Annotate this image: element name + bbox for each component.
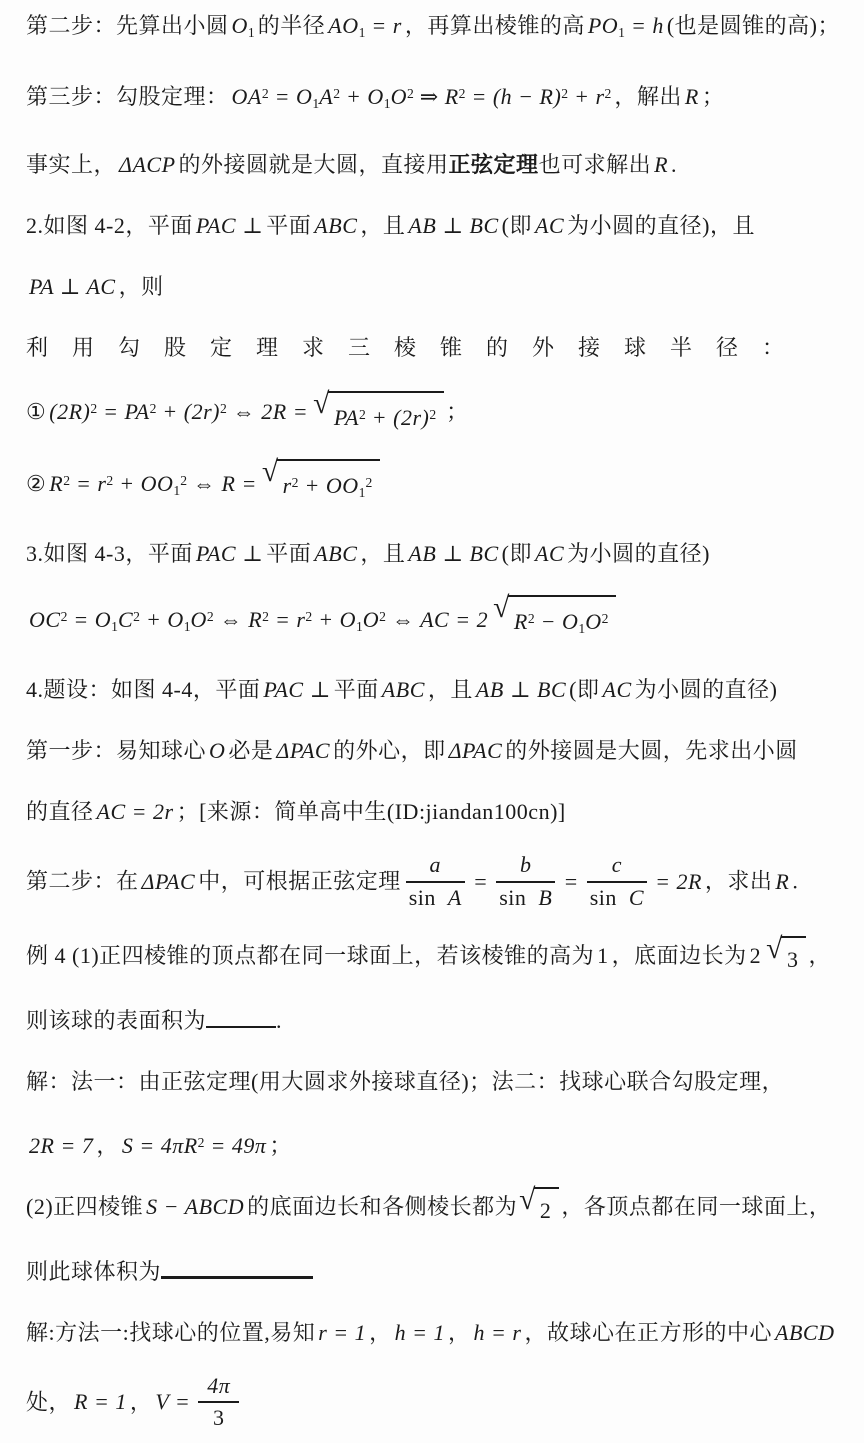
text-run: ，且 bbox=[360, 541, 405, 566]
volume-blank-line: 则此球体积为 bbox=[26, 1252, 840, 1292]
subscript: 1 bbox=[312, 96, 319, 111]
superscript: 2 bbox=[305, 609, 312, 624]
superscript: 2 bbox=[359, 407, 366, 422]
formula-circle2-line: ②R2 = r2 + OO12 ⇔ R =√r2 + OO12 bbox=[26, 459, 840, 513]
solution-method1-line: 解:方法一:找球心的位置,易知r = 1，h = 1，h = r，故球心在正方形… bbox=[26, 1313, 840, 1353]
text-run: ，求出 bbox=[705, 869, 773, 894]
text-run: ，再算出棱锥的高 bbox=[405, 13, 585, 38]
text-run: ， bbox=[130, 1389, 153, 1414]
math-run: AB ⊥ BC bbox=[405, 541, 501, 566]
sqrt-expression: √R2 − O1O2 bbox=[493, 595, 616, 649]
math-run: = bbox=[560, 869, 581, 894]
superscript: 2 bbox=[150, 401, 157, 416]
math-run: AC = 2r bbox=[94, 799, 177, 824]
text-run: 利用勾股定理求三棱锥的外接球半径： bbox=[26, 335, 808, 360]
justified-heading-line: 利用勾股定理求三棱锥的外接球半径： bbox=[26, 328, 840, 368]
math-run: AO1 = r bbox=[325, 13, 405, 38]
text-run: 第三步：勾股定理： bbox=[26, 84, 229, 109]
superscript: 2 bbox=[63, 473, 70, 488]
math-run: a bbox=[427, 852, 445, 877]
bold-text-run: 正弦定理 bbox=[449, 152, 539, 177]
math-run: ΔPAC bbox=[273, 738, 333, 763]
math-run: B bbox=[535, 885, 555, 910]
step2-sine-rule-line: 第二步：在ΔPAC中，可根据正弦定理asin A=bsin B=csin C= … bbox=[26, 853, 840, 914]
math-run: AC bbox=[532, 541, 567, 566]
superscript: 2 bbox=[180, 473, 187, 488]
radical-sign-icon: √ bbox=[262, 457, 279, 488]
text-run: ； bbox=[269, 1133, 292, 1158]
math-run: 1 bbox=[594, 943, 612, 968]
fraction-numerator: 4π bbox=[198, 1372, 239, 1404]
text-run: 为小圆的直径) bbox=[567, 541, 710, 566]
math-run: ABCD bbox=[772, 1320, 837, 1345]
math-run: R2 − O1O2 bbox=[511, 609, 612, 634]
text-run: 则该球的表面积为 bbox=[26, 1008, 206, 1033]
math-run: AC bbox=[532, 213, 567, 238]
math-run: (2R)2 = PA2 + (2r)2 ⇔ 2R = bbox=[46, 399, 311, 424]
subscript: 1 bbox=[384, 96, 391, 111]
superscript: 2 bbox=[605, 86, 612, 101]
text-run: 的外接圆就是大圆，直接用 bbox=[179, 152, 449, 177]
superscript: 2 bbox=[429, 407, 436, 422]
text-run: ， bbox=[808, 943, 831, 968]
text-run: 平面 bbox=[334, 677, 379, 702]
math-run: 4π bbox=[204, 1373, 233, 1398]
radical-sign-icon: √ bbox=[519, 1185, 536, 1216]
final-volume-line: 处，R = 1，V =4π3 bbox=[26, 1374, 840, 1435]
text-run: 解：法一：由正弦定理(用大圆求外接球直径)；法二：找球心联合勾股定理， bbox=[26, 1069, 784, 1094]
text-run: 解:方法一:找球心的位置,易知 bbox=[26, 1320, 315, 1345]
math-run: PO1 = h bbox=[585, 13, 667, 38]
math-run: 3 bbox=[784, 947, 802, 972]
item2-figure-4-2-line: 2.如图 4-2，平面PAC ⊥平面ABC，且AB ⊥ BC(即AC为小圆的直径… bbox=[26, 206, 840, 246]
math-run: AB ⊥ BC bbox=[405, 213, 501, 238]
text-run: . bbox=[671, 152, 677, 177]
radicand: PA2 + (2r)2 bbox=[328, 391, 444, 438]
text-run: ，底面边长为 bbox=[612, 943, 747, 968]
subscript: 1 bbox=[111, 619, 118, 634]
text-run: 的直径 bbox=[26, 799, 94, 824]
text-run: ，解出 bbox=[614, 84, 682, 109]
superscript: 2 bbox=[198, 1135, 205, 1150]
math-run: ABC bbox=[311, 541, 360, 566]
text-run: 第一步：易知球心 bbox=[26, 738, 206, 763]
text-run: 第二步：在 bbox=[26, 869, 139, 894]
text-run: (即 bbox=[502, 541, 532, 566]
item2-condition-line: PA ⊥ AC，则 bbox=[26, 267, 840, 307]
text-run: ，则 bbox=[119, 274, 164, 299]
math-run: R bbox=[651, 152, 671, 177]
text-run: ，且 bbox=[360, 213, 405, 238]
text-run: 平面 bbox=[266, 541, 311, 566]
subscript: 1 bbox=[359, 25, 366, 40]
superscript: 2 bbox=[90, 401, 97, 416]
radical-sign-icon: √ bbox=[766, 934, 783, 965]
fraction-denominator: sin C bbox=[587, 883, 647, 913]
text-run: ； bbox=[702, 84, 725, 109]
text-run: 例 4 (1)正四棱锥的顶点都在同一球面上，若该棱锥的高为 bbox=[26, 943, 594, 968]
subscript: 1 bbox=[184, 619, 191, 634]
math-run: S − ABCD bbox=[143, 1194, 247, 1219]
fraction-denominator: sin B bbox=[496, 883, 555, 913]
text-run: 第二步：先算出小圆 bbox=[26, 13, 229, 38]
radicand: 2 bbox=[534, 1187, 560, 1231]
subscript: 1 bbox=[578, 621, 585, 636]
math-run: 3 bbox=[210, 1405, 228, 1430]
sqrt-expression: √2 bbox=[519, 1187, 559, 1231]
math-run: = bbox=[470, 869, 491, 894]
document-page: 第二步：先算出小圆O1的半径AO1 = r，再算出棱锥的高PO1 = h(也是圆… bbox=[0, 0, 864, 1443]
sqrt-expression: √3 bbox=[766, 936, 806, 980]
surface-area-blank-line: 则该球的表面积为. bbox=[26, 1001, 840, 1041]
sqrt-expression: √r2 + OO12 bbox=[262, 459, 380, 513]
text-run: 的半径 bbox=[258, 13, 326, 38]
math-run: R bbox=[682, 84, 702, 109]
math-run: sin bbox=[496, 885, 535, 910]
superscript: 2 bbox=[262, 609, 269, 624]
superscript: 2 bbox=[379, 609, 386, 624]
math-run: sin bbox=[406, 885, 445, 910]
math-run: AC bbox=[599, 677, 634, 702]
math-run: r2 + OO12 bbox=[280, 473, 376, 498]
text-run: . bbox=[276, 1008, 282, 1033]
superscript: 2 bbox=[333, 86, 340, 101]
text-run: ② bbox=[26, 471, 46, 496]
math-run: PAC ⊥ bbox=[260, 677, 333, 702]
item3-figure-4-3-line: 3.如图 4-3，平面PAC ⊥平面ABC，且AB ⊥ BC(即AC为小圆的直径… bbox=[26, 534, 840, 574]
text-run: (也是圆锥的高)； bbox=[667, 13, 840, 38]
text-run: 中，可根据正弦定理 bbox=[198, 869, 401, 894]
math-run: R bbox=[772, 869, 792, 894]
math-run: ABC bbox=[379, 677, 428, 702]
math-run: S = 4πR2 = 49π bbox=[119, 1133, 270, 1158]
radicand: r2 + OO12 bbox=[277, 459, 381, 513]
document-body: 第二步：先算出小圆O1的半径AO1 = r，再算出棱锥的高PO1 = h(也是圆… bbox=[26, 6, 840, 1435]
text-run: ，且 bbox=[428, 677, 473, 702]
fraction-denominator: sin A bbox=[406, 883, 465, 913]
text-run: 的外心，即 bbox=[333, 738, 446, 763]
step2-small-circle-line: 第二步：先算出小圆O1的半径AO1 = r，再算出棱锥的高PO1 = h(也是圆… bbox=[26, 6, 840, 53]
subscript: 1 bbox=[248, 25, 255, 40]
radicand: 3 bbox=[781, 936, 807, 980]
superscript: 2 bbox=[602, 611, 609, 626]
text-run: 的底面边长和各侧棱长都为 bbox=[247, 1194, 517, 1219]
text-run: . bbox=[792, 869, 798, 894]
math-run: PA ⊥ AC bbox=[26, 274, 119, 299]
math-run: A bbox=[445, 885, 465, 910]
subscript: 1 bbox=[356, 619, 363, 634]
text-run: 平面 bbox=[266, 213, 311, 238]
superscript: 2 bbox=[262, 86, 269, 101]
math-run: b bbox=[517, 852, 535, 877]
math-run: OA2 = O1A2 + O1O2 ⇒ R2 = (h − R)2 + r2 bbox=[229, 84, 615, 109]
example4-part2-line: (2)正四棱锥S − ABCD的底面边长和各侧棱长都为√2，各顶点都在同一球面上… bbox=[26, 1187, 840, 1231]
math-run: C bbox=[626, 885, 647, 910]
math-run: PA2 + (2r)2 bbox=[331, 405, 439, 430]
fraction-denominator: 3 bbox=[198, 1403, 239, 1433]
math-run: ΔPAC bbox=[139, 869, 199, 894]
text-run: ，各顶点都在同一球面上， bbox=[561, 1194, 831, 1219]
math-run: 2R = 7 bbox=[26, 1133, 96, 1158]
superscript: 2 bbox=[528, 611, 535, 626]
text-run: 必是 bbox=[228, 738, 273, 763]
fraction: asin A bbox=[406, 851, 465, 912]
math-run: c bbox=[609, 852, 625, 877]
radicand: R2 − O1O2 bbox=[508, 595, 617, 649]
text-run: ① bbox=[26, 399, 46, 424]
math-run: 2 bbox=[747, 943, 765, 968]
radical-sign-icon: √ bbox=[313, 389, 330, 420]
superscript: 2 bbox=[220, 401, 227, 416]
example4-part1-line: 例 4 (1)正四棱锥的顶点都在同一球面上，若该棱锥的高为1，底面边长为2√3， bbox=[26, 936, 840, 980]
radical-sign-icon: √ bbox=[493, 593, 510, 624]
formula-oc-line: OC2 = O1C2 + O1O2 ⇔ R2 = r2 + O1O2 ⇔ AC … bbox=[26, 595, 840, 649]
math-run: sin bbox=[587, 885, 626, 910]
text-run: 4.题设：如图 4-4，平面 bbox=[26, 677, 260, 702]
math-run: AB ⊥ BC bbox=[473, 677, 569, 702]
math-run: R = 1 bbox=[71, 1389, 130, 1414]
math-run: O bbox=[206, 738, 228, 763]
step3-pythagoras-line: 第三步：勾股定理：OA2 = O1A2 + O1O2 ⇒ R2 = (h − R… bbox=[26, 74, 840, 124]
superscript: 2 bbox=[106, 473, 113, 488]
math-run: ΔACP bbox=[116, 152, 179, 177]
answer-blank bbox=[206, 1002, 276, 1027]
text-run: ；[来源：简单高中生(ID:jiandan100cn)] bbox=[177, 799, 566, 824]
text-run: (即 bbox=[502, 213, 532, 238]
math-run: = 2R bbox=[652, 869, 705, 894]
text-run: 为小圆的直径) bbox=[635, 677, 778, 702]
fraction-numerator: a bbox=[406, 851, 465, 883]
fraction-numerator: c bbox=[587, 851, 647, 883]
superscript: 2 bbox=[561, 86, 568, 101]
math-run: h = r bbox=[471, 1320, 525, 1345]
text-run: ，故球心在正方形的中心 bbox=[524, 1320, 772, 1345]
text-run: ， bbox=[369, 1320, 392, 1345]
math-run: h = 1 bbox=[392, 1320, 448, 1345]
fact-sine-rule-line: 事实上，ΔACP的外接圆就是大圆，直接用正弦定理也可求解出R. bbox=[26, 145, 840, 185]
diameter-source-line: 的直径AC = 2r；[来源：简单高中生(ID:jiandan100cn)] bbox=[26, 792, 840, 832]
text-run: 也可求解出 bbox=[539, 152, 652, 177]
text-run: ， bbox=[448, 1320, 471, 1345]
math-run: PAC ⊥ bbox=[193, 213, 266, 238]
text-run: 为小圆的直径)，且 bbox=[567, 213, 755, 238]
fraction: bsin B bbox=[496, 851, 555, 912]
answer-blank bbox=[161, 1253, 313, 1279]
math-run: r = 1 bbox=[315, 1320, 369, 1345]
superscript: 2 bbox=[407, 86, 414, 101]
text-run: (即 bbox=[569, 677, 599, 702]
text-run: 3.如图 4-3，平面 bbox=[26, 541, 193, 566]
result-49pi-line: 2R = 7，S = 4πR2 = 49π； bbox=[26, 1123, 840, 1166]
math-run: ABC bbox=[311, 213, 360, 238]
superscript: 2 bbox=[459, 86, 466, 101]
text-run: 事实上， bbox=[26, 152, 116, 177]
superscript: 2 bbox=[133, 609, 140, 624]
math-run: V = bbox=[152, 1389, 193, 1414]
superscript: 2 bbox=[61, 609, 68, 624]
superscript: 2 bbox=[292, 475, 299, 490]
text-run: 处， bbox=[26, 1389, 71, 1414]
sqrt-expression: √PA2 + (2r)2 bbox=[313, 391, 444, 438]
solution-methods-line: 解：法一：由正弦定理(用大圆求外接球直径)；法二：找球心联合勾股定理， bbox=[26, 1062, 840, 1102]
math-run: O1 bbox=[229, 13, 258, 38]
fraction: csin C bbox=[587, 851, 647, 912]
text-run: (2)正四棱锥 bbox=[26, 1194, 143, 1219]
text-run: 2.如图 4-2，平面 bbox=[26, 213, 193, 238]
superscript: 2 bbox=[207, 609, 214, 624]
text-run: ； bbox=[446, 399, 469, 424]
math-run: 2 bbox=[537, 1198, 555, 1223]
text-run: 则此球体积为 bbox=[26, 1259, 161, 1284]
subscript: 1 bbox=[618, 25, 625, 40]
formula-circle1-line: ①(2R)2 = PA2 + (2r)2 ⇔ 2R =√PA2 + (2r)2； bbox=[26, 389, 840, 438]
math-run: ΔPAC bbox=[446, 738, 506, 763]
fraction-numerator: b bbox=[496, 851, 555, 883]
fraction: 4π3 bbox=[198, 1372, 239, 1433]
math-run: OC2 = O1C2 + O1O2 ⇔ R2 = r2 + O1O2 ⇔ AC … bbox=[26, 607, 491, 632]
math-run: PAC ⊥ bbox=[193, 541, 266, 566]
step1-center-line: 第一步：易知球心O必是ΔPAC的外心，即ΔPAC的外接圆是大圆，先求出小圆 bbox=[26, 731, 840, 771]
item4-figure-4-4-line: 4.题设：如图 4-4，平面PAC ⊥平面ABC，且AB ⊥ BC(即AC为小圆… bbox=[26, 670, 840, 710]
text-run: ， bbox=[96, 1133, 119, 1158]
superscript: 2 bbox=[365, 475, 372, 490]
text-run: 的外接圆是大圆，先求出小圆 bbox=[505, 738, 798, 763]
math-run: R2 = r2 + OO12 ⇔ R = bbox=[46, 471, 260, 496]
